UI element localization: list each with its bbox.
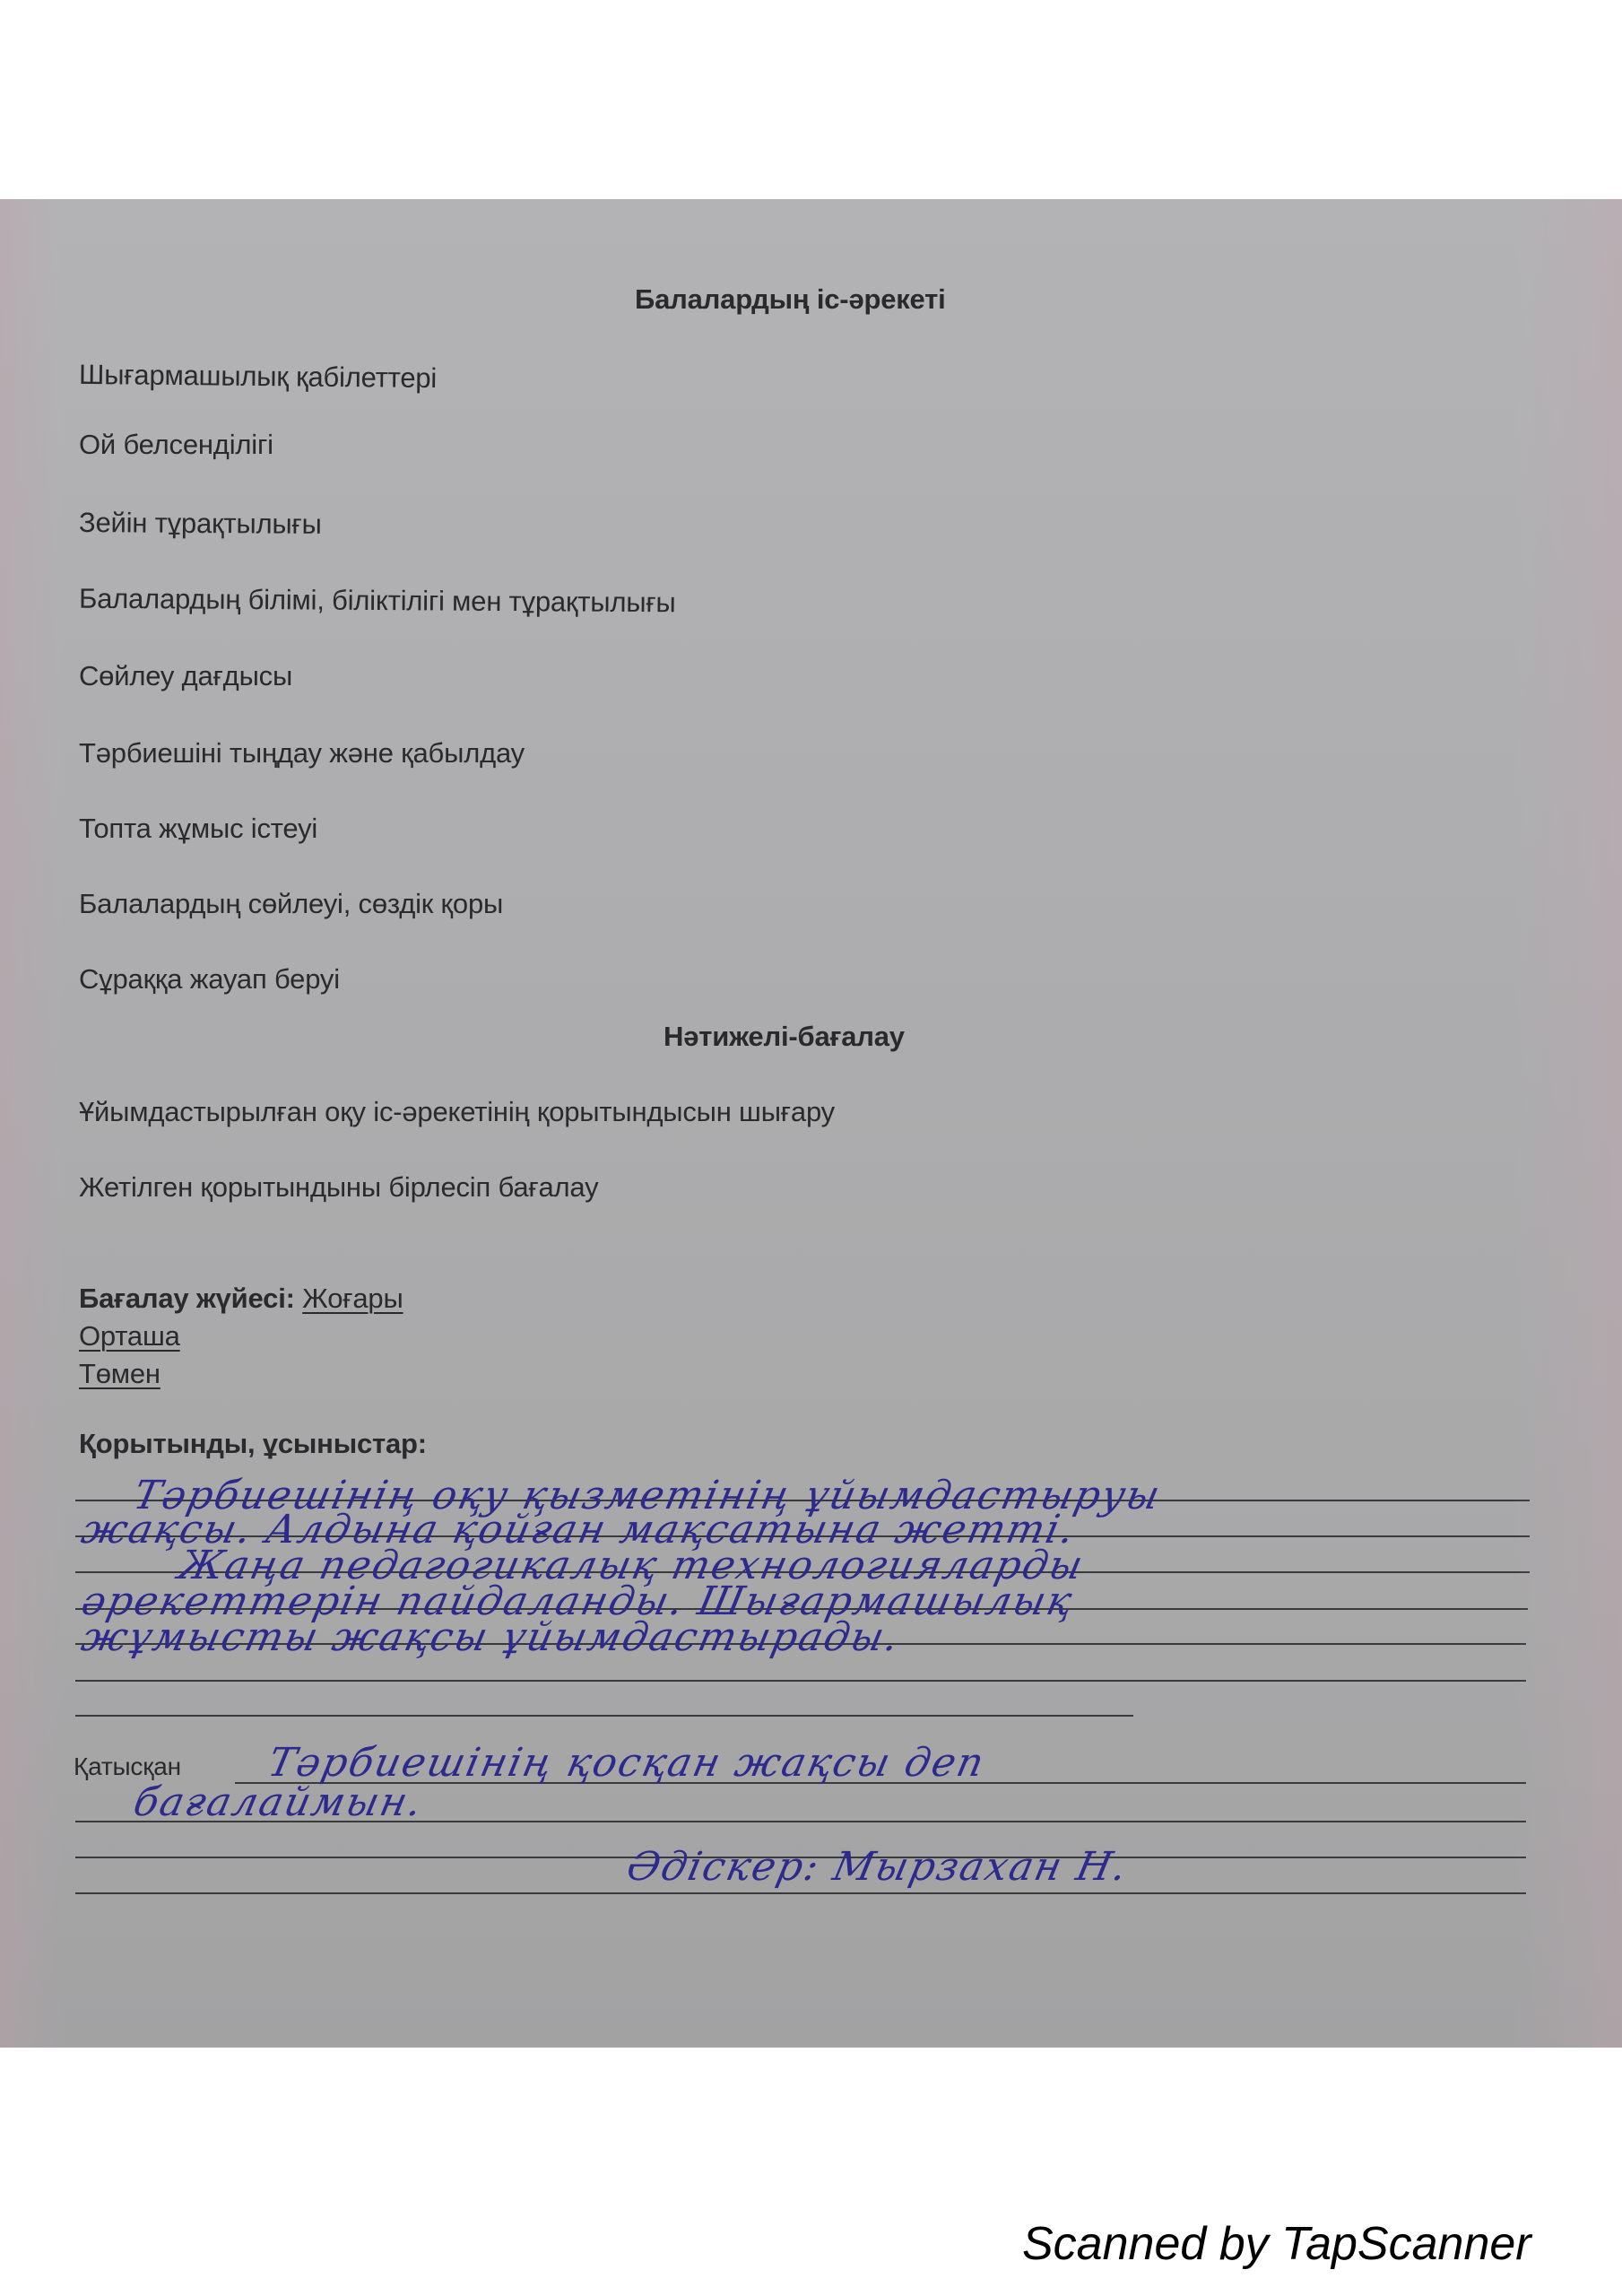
ruled-line — [75, 1892, 1526, 1894]
list-item: Ұйымдастырылған оқу іс-әрекетінің қорыты… — [79, 1096, 835, 1128]
list-item: Тәрбиешіні тыңдау және қабылдау — [79, 737, 525, 770]
handwritten-participant-line: бағалаймын. — [130, 1779, 428, 1825]
list-item: Сұраққа жауап беруі — [79, 963, 340, 996]
ruled-line — [75, 1680, 1526, 1682]
grade-option-high: Жоғары — [302, 1283, 403, 1314]
list-item: Балалардың білімі, біліктілігі мен тұрақ… — [79, 583, 676, 620]
grading-label: Бағалау жүйесі: — [79, 1283, 295, 1314]
section-title-results: Нәтижелі-бағалау — [664, 1021, 905, 1053]
list-item: Сөйлеу дағдысы — [79, 660, 292, 692]
ruled-line — [75, 1715, 1133, 1717]
grade-option-low: Төмен — [79, 1358, 160, 1390]
list-item: Жетілген қорытындыны бірлесіп бағалау — [79, 1171, 598, 1204]
list-item: Шығармашылық қабілеттері — [79, 359, 437, 395]
scanner-watermark: Scanned by TapScanner — [1022, 2217, 1531, 2271]
handwritten-comment-line: жұмысты жақсы ұйымдастырады. — [78, 1614, 905, 1660]
grade-option-medium: Орташа — [79, 1320, 180, 1352]
list-item: Ой белсенділігі — [79, 429, 273, 461]
scanned-page: Балалардың іс-әрекеті Шығармашылық қабіл… — [0, 199, 1622, 2048]
list-item: Топта жұмыс істеуі — [79, 813, 317, 845]
list-item: Зейін тұрақтылығы — [79, 507, 322, 541]
participant-label: Қатысқан — [74, 1752, 181, 1781]
methodologist-signature: Әдіскер: Мырзахан Н. — [623, 1844, 1132, 1890]
list-item: Балалардың сөйлеуі, сөздік қоры — [79, 888, 503, 920]
conclusions-label: Қорытынды, ұсыныстар: — [79, 1428, 427, 1460]
section-title-activity: Балалардың іс-әрекеті — [635, 283, 946, 316]
grading-row: Бағалау жүйесі: Жоғары — [79, 1283, 403, 1315]
